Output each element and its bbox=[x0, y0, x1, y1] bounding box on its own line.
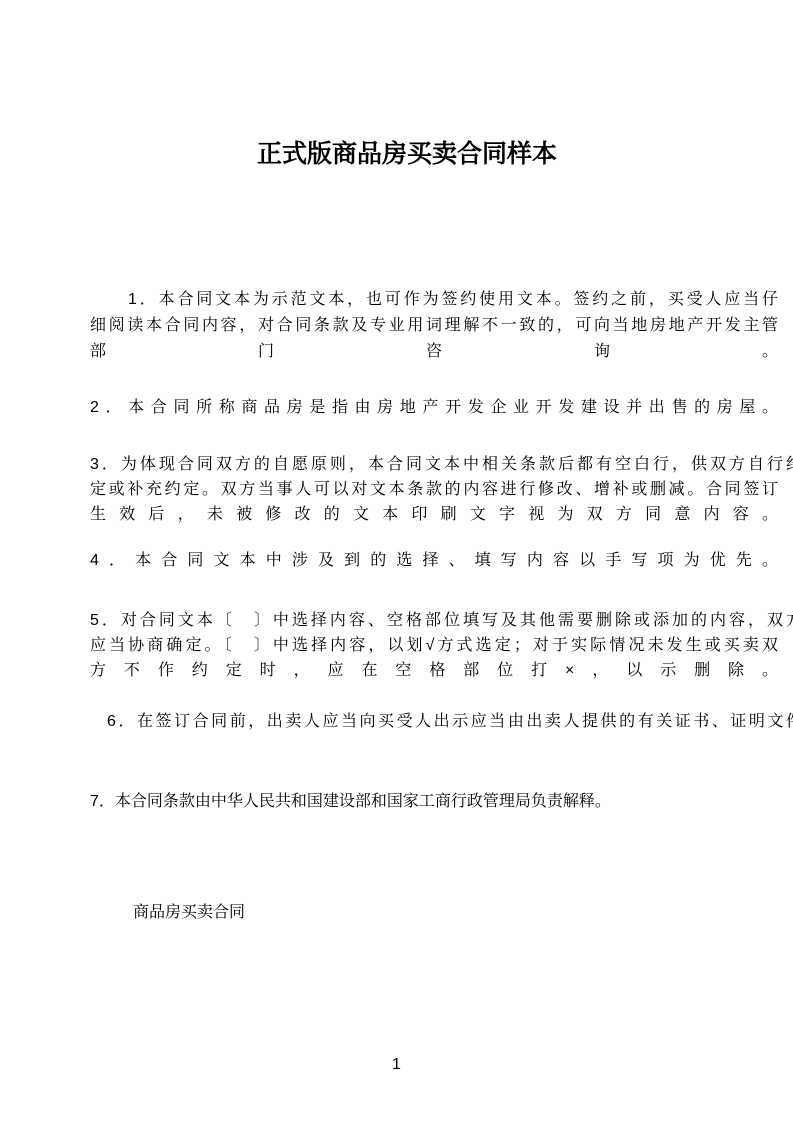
paragraph-1-line-2: 细阅读本合同内容，对合同条款及专业用词理解不一致的，可向当地房地产开发主管 bbox=[90, 313, 778, 339]
paragraph-1-line-1: 1．本合同文本为示范文本，也可作为签约使用文本。签约之前，买受人应当仔 bbox=[90, 287, 778, 313]
paragraph-4: 4．本合同文本中涉及到的选择、填写内容以手写项为优先。 bbox=[90, 548, 778, 574]
paragraph-3: 3．为体现合同双方的自愿原则，本合同文本中相关条款后都有空白行，供双方自行约 定… bbox=[90, 452, 778, 527]
paragraph-7-line-1: 7．本合同条款由中华人民共和国建设部和国家工商行政管理局负责解释。 bbox=[90, 789, 778, 815]
paragraph-3-line-1: 3．为体现合同双方的自愿原则，本合同文本中相关条款后都有空白行，供双方自行约 bbox=[90, 452, 793, 477]
paragraph-5: 5．对合同文本〔 〕中选择内容、空格部位填写及其他需要删除或添加的内容，双方 应… bbox=[90, 608, 778, 683]
paragraph-5-line-1: 5．对合同文本〔 〕中选择内容、空格部位填写及其他需要删除或添加的内容，双方 bbox=[90, 608, 793, 633]
page-number: 1 bbox=[0, 1052, 793, 1078]
paragraph-6-line-1: 6．在签订合同前，出卖人应当向买受人出示应当由出卖人提供的有关证书、证明文件 bbox=[107, 709, 793, 735]
paragraph-1: 1．本合同文本为示范文本，也可作为签约使用文本。签约之前，买受人应当仔 细阅读本… bbox=[90, 287, 778, 365]
document-title: 正式版商品房买卖合同样本 bbox=[0, 138, 793, 170]
paragraph-3-line-2: 定或补充约定。双方当事人可以对文本条款的内容进行修改、增补或删减。合同签订 bbox=[90, 477, 778, 502]
document-page: 正式版商品房买卖合同样本 1．本合同文本为示范文本，也可作为签约使用文本。签约之… bbox=[0, 0, 793, 1122]
footer-heading: 商品房买卖合同 bbox=[133, 900, 245, 926]
paragraph-4-line-1: 4．本合同文本中涉及到的选择、填写内容以手写项为优先。 bbox=[90, 548, 778, 574]
paragraph-5-line-2: 应当协商确定。〔 〕中选择内容，以划√方式选定；对于实际情况未发生或买卖双 bbox=[90, 633, 778, 658]
paragraph-2: 2．本合同所称商品房是指由房地产开发企业开发建设并出售的房屋。 bbox=[90, 395, 778, 421]
paragraph-1-line-3: 部门咨询。 bbox=[90, 339, 778, 365]
paragraph-7: 7．本合同条款由中华人民共和国建设部和国家工商行政管理局负责解释。 bbox=[90, 789, 778, 815]
paragraph-3-line-3: 生效后，未被修改的文本印刷文字视为双方同意内容。 bbox=[90, 502, 778, 527]
paragraph-2-line-1: 2．本合同所称商品房是指由房地产开发企业开发建设并出售的房屋。 bbox=[90, 395, 778, 421]
paragraph-6: 6．在签订合同前，出卖人应当向买受人出示应当由出卖人提供的有关证书、证明文件 bbox=[107, 709, 793, 735]
paragraph-5-line-3: 方不作约定时，应在空格部位打×，以示删除。 bbox=[90, 658, 778, 683]
